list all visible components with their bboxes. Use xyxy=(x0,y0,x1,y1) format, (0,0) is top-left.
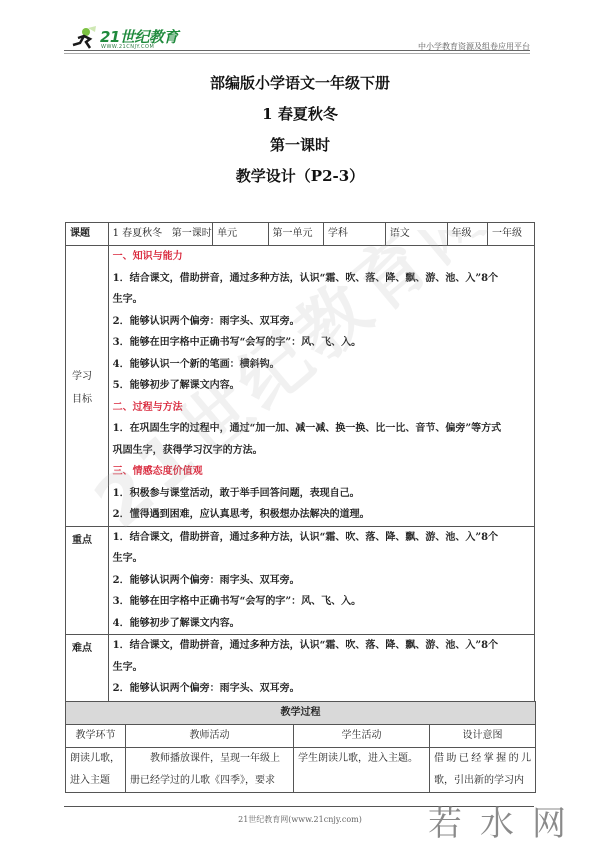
intent-line: 借助已经掌握的儿 xyxy=(434,748,531,770)
objectives-line: 1．积极参与课堂活动，敢于举手回答问题，表现自己。 xyxy=(113,483,530,505)
stage-cell: 朗读儿歌， 进入主题 xyxy=(66,748,126,793)
teacher-line: 教师播放课件，呈现一年级上 xyxy=(130,748,289,770)
document-titles: 部编版小学语文一年级下册 1 春夏秋冬 第一课时 教学设计（P2-3） xyxy=(0,68,600,192)
objectives-content: 一、知识与能力 1．结合课文，借助拼音，通过多种方法，认识“霜、吹、落、降、飘、… xyxy=(108,246,534,527)
objectives-label: 学习 目标 xyxy=(66,246,109,527)
teacher-cell: 教师播放课件，呈现一年级上 册已经学过的儿歌《四季》，要求 xyxy=(126,748,294,793)
objectives-row: 学习 目标 一、知识与能力 1．结合课文，借助拼音，通过多种方法，认识“霜、吹、… xyxy=(66,246,535,527)
column-teacher: 教师活动 xyxy=(126,725,294,748)
header-tagline: 中小学教育资源及组卷应用平台 xyxy=(418,41,530,52)
title-design: 教学设计（P2-3） xyxy=(0,161,600,192)
process-title: 教学过程 xyxy=(66,702,536,725)
key-point-line: 生字。 xyxy=(113,548,530,570)
title-textbook: 部编版小学语文一年级下册 xyxy=(0,68,600,99)
key-points-label: 重点 xyxy=(66,526,109,635)
objectives-section-heading: 三、情感态度价值观 xyxy=(113,461,530,483)
objectives-section-heading: 二、过程与方法 xyxy=(113,397,530,419)
objectives-label-line2: 目标 xyxy=(72,390,104,405)
objectives-line: 2．能够认识两个偏旁：雨字头、双耳旁。 xyxy=(113,311,530,333)
student-cell: 学生朗读儿歌，进入主题。 xyxy=(294,748,430,793)
objectives-line: 5．能够初步了解课文内容。 xyxy=(113,375,530,397)
subject-value: 语文 xyxy=(385,223,447,246)
objectives-section-heading: 一、知识与能力 xyxy=(113,246,530,268)
key-point-line: 3．能够在田字格中正确书写“会写的字”：风、飞、入。 xyxy=(113,591,530,613)
difficulty-line: 2．能够认识两个偏旁：雨字头、双耳旁。 xyxy=(113,678,530,700)
objectives-line: 巩固生字，获得学习汉字的方法。 xyxy=(113,440,530,462)
process-title-row: 教学过程 xyxy=(66,702,536,725)
lesson-plan-table: 课题 1 春夏秋冬 第一课时 单元 第一单元 学科 语文 年级 一年级 学习 目… xyxy=(65,222,535,722)
intent-cell: 借助已经掌握的儿 歌，引出新的学习内 xyxy=(430,748,536,793)
process-header-row: 教学环节 教师活动 学生活动 设计意图 xyxy=(66,725,536,748)
process-row: 朗读儿歌， 进入主题 教师播放课件，呈现一年级上 册已经学过的儿歌《四季》，要求… xyxy=(66,748,536,793)
column-stage: 教学环节 xyxy=(66,725,126,748)
objectives-line: 1．在巩固生字的过程中，通过“加一加、减一减、换一换、比一比、音节、偏旁”等方式 xyxy=(113,418,530,440)
column-student: 学生活动 xyxy=(294,725,430,748)
difficulty-line: 1．结合课文，借助拼音，通过多种方法，认识“霜、吹、落、降、飘、游、池、入”8个 xyxy=(113,635,530,657)
grade-label: 年级 xyxy=(447,223,488,246)
footer-brand-watermark: 若水网 xyxy=(428,796,584,845)
difficulty-line: 生字。 xyxy=(113,657,530,679)
objectives-label-line1: 学习 xyxy=(72,367,104,382)
logo-21cnjy: 21世纪教育 WWW.21CNJY.COM xyxy=(68,24,178,52)
objectives-line: 生字。 xyxy=(113,289,530,311)
teaching-process-table: 教学过程 教学环节 教师活动 学生活动 设计意图 朗读儿歌， 进入主题 教师播放… xyxy=(65,701,536,793)
unit-label: 单元 xyxy=(213,223,268,246)
runner-logo-icon xyxy=(68,26,98,50)
info-row: 课题 1 春夏秋冬 第一课时 单元 第一单元 学科 语文 年级 一年级 xyxy=(66,223,535,246)
teacher-line: 册已经学过的儿歌《四季》，要求 xyxy=(130,770,289,792)
stage-line: 朗读儿歌， xyxy=(70,748,121,770)
topic-value: 1 春夏秋冬 第一课时 xyxy=(108,223,212,246)
title-period: 第一课时 xyxy=(0,130,600,161)
topic-label: 课题 xyxy=(66,223,109,246)
key-point-line: 4．能够初步了解课文内容。 xyxy=(113,613,530,635)
subject-label: 学科 xyxy=(323,223,385,246)
title-lesson: 1 春夏秋冬 xyxy=(0,99,600,130)
unit-value: 第一单元 xyxy=(268,223,323,246)
column-intent: 设计意图 xyxy=(430,725,536,748)
key-points-content: 1．结合课文，借助拼音，通过多种方法，认识“霜、吹、落、降、飘、游、池、入”8个… xyxy=(108,526,534,635)
header-divider-thin xyxy=(64,53,530,54)
objectives-line: 2．懂得遇到困难，应认真思考，积极想办法解决的道理。 xyxy=(113,504,530,526)
key-point-line: 2．能够认识两个偏旁：雨字头、双耳旁。 xyxy=(113,570,530,592)
objectives-line: 1．结合课文，借助拼音，通过多种方法，认识“霜、吹、落、降、飘、游、池、入”8个 xyxy=(113,268,530,290)
objectives-line: 4．能够认识一个新的笔画：横斜钩。 xyxy=(113,354,530,376)
student-line: 学生朗读儿歌，进入主题。 xyxy=(298,748,425,770)
key-point-line: 1．结合课文，借助拼音，通过多种方法，认识“霜、吹、落、降、飘、游、池、入”8个 xyxy=(113,527,530,549)
intent-line: 歌，引出新的学习内 xyxy=(434,770,531,792)
objectives-line: 3．能够在田字格中正确书写“会写的字”：风、飞、入。 xyxy=(113,332,530,354)
stage-line: 进入主题 xyxy=(70,770,121,792)
grade-value: 一年级 xyxy=(488,223,535,246)
page-header: 21世纪教育 WWW.21CNJY.COM 中小学教育资源及组卷应用平台 xyxy=(0,0,600,60)
key-points-row: 重点 1．结合课文，借助拼音，通过多种方法，认识“霜、吹、落、降、飘、游、池、入… xyxy=(66,526,535,635)
